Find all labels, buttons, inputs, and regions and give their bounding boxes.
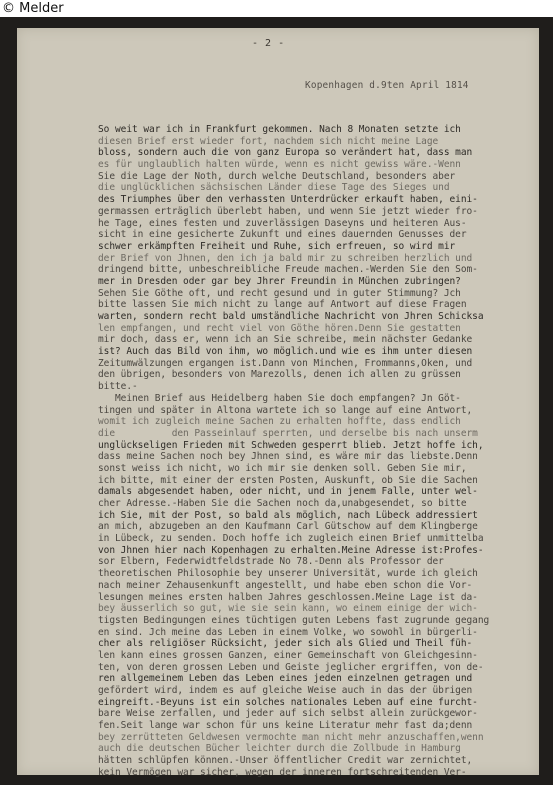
text-line: ten, von deren grossen Leben und Geiste … (98, 662, 538, 674)
text-line: en sind. Jch meine das Leben in einem Vo… (98, 627, 538, 639)
text-line: sicht in eine gesicherte Zukunft und ein… (98, 229, 538, 241)
copyright-watermark: © Melder (2, 0, 64, 17)
text-line: eingreift.-Beyuns ist ein solches nation… (98, 697, 538, 709)
text-line: Meinen Brief aus Heidelberg haben Sie do… (98, 393, 538, 405)
text-line: womit ich zugleich meine Sachen zu erhal… (98, 416, 538, 428)
text-line: sonst weiss ich nicht, wo ich mir sie de… (98, 463, 538, 475)
text-line: Sehen Sie Göthe oft, und recht gesund un… (98, 288, 538, 300)
text-line: bitte.- (98, 381, 538, 393)
text-line: mir doch, dass er, wenn ich an Sie schre… (98, 334, 538, 346)
text-line: von Jhnen hier nach Kopenhagen zu erhalt… (98, 545, 538, 557)
text-line: des Triumphes über den verhassten Unterd… (98, 194, 538, 206)
text-line: kein Vermögen war sicher, wegen der inne… (98, 767, 538, 779)
text-line: auch die deutschen Bücher leichter durch… (98, 743, 538, 755)
page-number: - 2 - (252, 38, 285, 49)
text-line: ren allgemeinem Leben das Leben eines je… (98, 673, 538, 685)
text-line: bitte lassen Sie mich nicht zu lange auf… (98, 299, 538, 311)
text-line: len kann eines grossen Ganzen, einer Gem… (98, 650, 538, 662)
watermark-bar: © Melder (0, 0, 553, 18)
text-line: fen.Seit lange war schon für uns keine L… (98, 720, 538, 732)
text-line: bey äusserlich so gut, wie sie sein kann… (98, 603, 538, 615)
text-line: So weit war ich in Frankfurt gekommen. N… (98, 124, 538, 136)
text-line: an mich, abzugeben an den Kaufmann Carl … (98, 521, 538, 533)
text-line: die unglücklichen sächsischen Länder die… (98, 182, 538, 194)
text-line: es für unglaublich halten würde, wenn es… (98, 159, 538, 171)
text-line: bare Weise zerfallen, und jeder auf sich… (98, 708, 538, 720)
text-line: unglückseligen Frieden mit Schweden gesp… (98, 440, 538, 452)
text-line: mer in Dresden oder gar bey Jhrer Freund… (98, 276, 538, 288)
text-line: damals abgesendet haben, oder nicht, und… (98, 486, 538, 498)
text-line: theoretischen Philosophie bey unserer Un… (98, 568, 538, 580)
letter-body: So weit war ich in Frankfurt gekommen. N… (98, 124, 538, 779)
text-line: den übrigen, besonders von Marezolls, de… (98, 369, 538, 381)
text-line: nach meiner Zehausenkunft angestellt, un… (98, 580, 538, 592)
text-line: ich bitte, mit einer der ersten Posten, … (98, 475, 538, 487)
text-line: cher Adresse.-Haben Sie die Sachen noch … (98, 498, 538, 510)
text-line: hätten schlüpfen können.-Unser öffentlic… (98, 755, 538, 767)
text-line: len empfangen, und recht viel von Göthe … (98, 323, 538, 335)
text-line: ich Sie, mit der Post, so bald als mögli… (98, 510, 538, 522)
text-line: Zeitumwälzungen ergangen ist.Dann von Mi… (98, 358, 538, 370)
letter-dateline: Kopenhagen d.9ten April 1814 (305, 80, 469, 91)
text-line: die den Passeinlauf sperrten, und dersel… (98, 428, 538, 440)
text-line: gefördert wird, indem es auf gleiche Wei… (98, 685, 538, 697)
text-line: schwer erkämpften Freiheit und Ruhe, sic… (98, 241, 538, 253)
text-line: Sie die Lage der Noth, durch welche Deut… (98, 171, 538, 183)
text-line: ist? Auch das Bild von ihm, wo möglich.u… (98, 346, 538, 358)
text-line: warten, sondern recht bald umständliche … (98, 311, 538, 323)
text-line: tigsten Bedingungen eines tüchtigen gute… (98, 615, 538, 627)
text-line: sor Elbern, Federwidtfeldstrade No 78.-D… (98, 556, 538, 568)
text-line: diesen Brief erst wieder fort, nachdem s… (98, 136, 538, 148)
text-line: dass meine Sachen noch bey Jhnen sind, e… (98, 451, 538, 463)
text-line: bloss, sondern auch die von ganz Europa … (98, 147, 538, 159)
text-line: he Tage, eines festen und zuverlässigen … (98, 218, 538, 230)
text-line: der Brief von Jhnen, den ich ja bald mir… (98, 253, 538, 265)
text-line: tingen und später in Altona wartete ich … (98, 405, 538, 417)
text-line: germassen erträglich überlebt haben, und… (98, 206, 538, 218)
text-line: dringend bitte, unbeschreibliche Freude … (98, 264, 538, 276)
text-line: in Lübeck, zu senden. Doch hoffe ich zug… (98, 533, 538, 545)
text-line: bey zerrütteten Geldwesen vermochte man … (98, 732, 538, 744)
text-line: lesungen meines ersten halben Jahres ges… (98, 592, 538, 604)
text-line: cher als religiöser Rücksicht, jeder sic… (98, 638, 538, 650)
